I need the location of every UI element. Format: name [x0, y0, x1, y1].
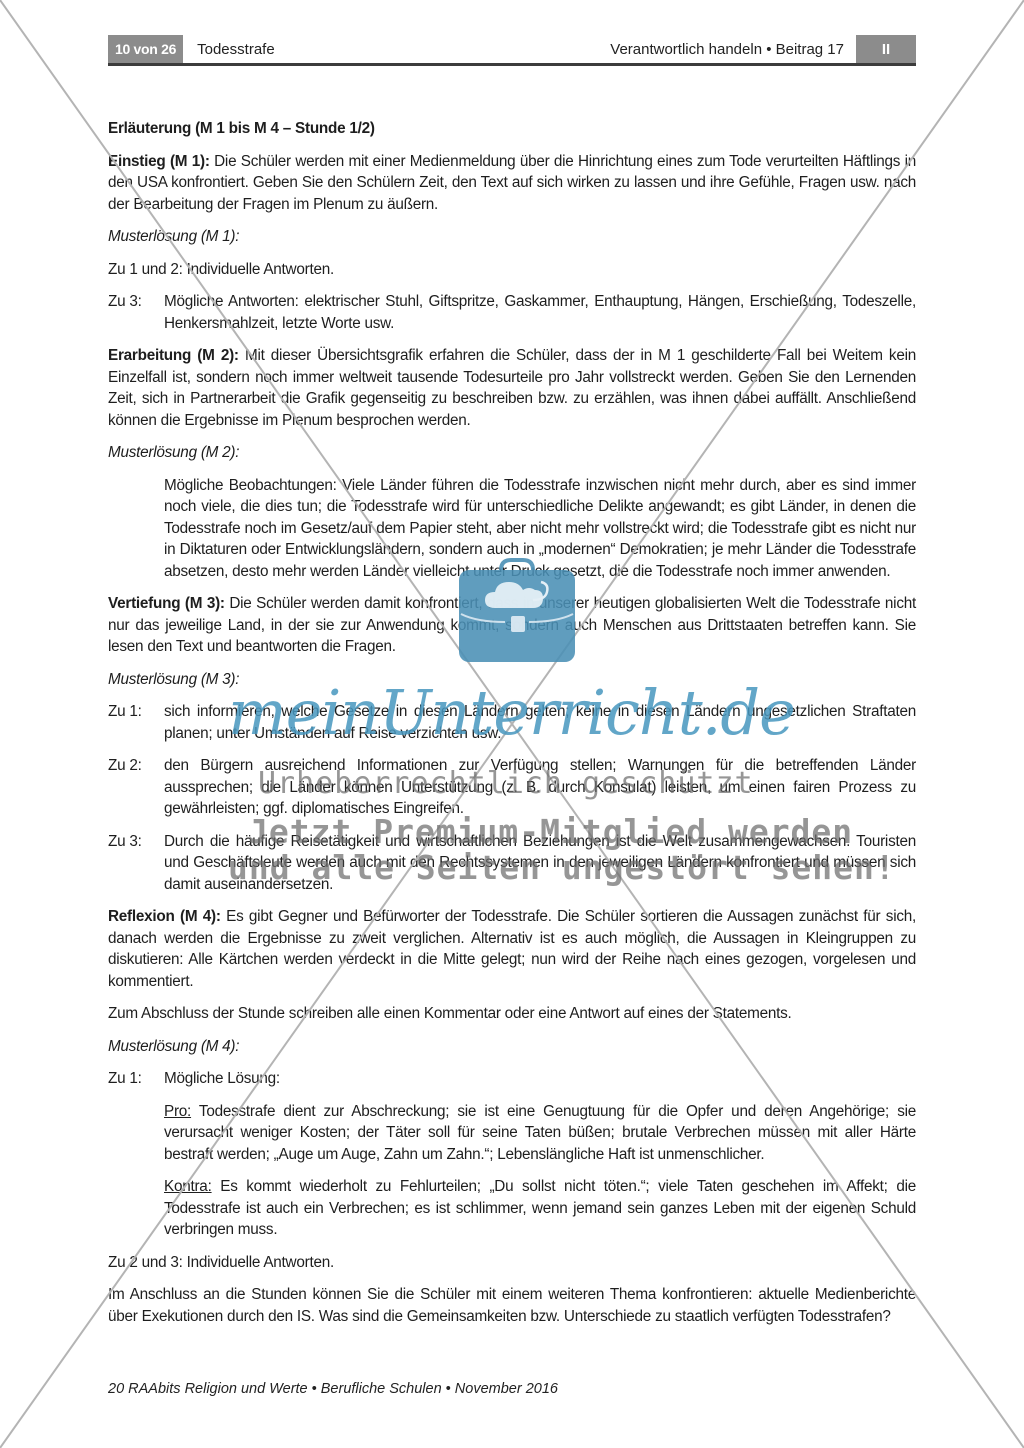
vertiefung-label: Vertiefung (M 3): — [108, 595, 225, 612]
item-text: sich informieren, welche Gesetze in dies… — [164, 701, 916, 744]
closing-paragraph: Im Anschluss an die Stunden können Sie d… — [108, 1284, 916, 1327]
m2-solution-text: Mögliche Beobachtungen: Viele Länder füh… — [164, 475, 916, 583]
erarbeitung-paragraph: Erarbeitung (M 2): Mit dieser Übersichts… — [108, 345, 916, 431]
einstieg-text: Die Schüler werden mit einer Medienmeldu… — [108, 153, 916, 213]
item-label: Zu 3: — [108, 291, 164, 334]
pro-label: Pro: — [164, 1103, 191, 1120]
contra-text: Es kommt wiederholt zu Fehlurteilen; „Du… — [164, 1178, 916, 1238]
item-text: den Bürgern ausreichend Informationen zu… — [164, 755, 916, 820]
m2-solution-heading: Musterlösung (M 2): — [108, 442, 916, 464]
reflexion-label: Reflexion (M 4): — [108, 908, 221, 925]
header-topic: Todesstrafe — [183, 35, 610, 63]
einstieg-label: Einstieg (M 1): — [108, 153, 210, 170]
m3-item-3: Zu 3: Durch die häufige Reisetätigkeit u… — [108, 831, 916, 896]
pro-text: Todesstrafe dient zur Abschreckung; sie … — [164, 1103, 916, 1163]
header-series: Verantwortlich handeln • Beitrag 17 — [610, 35, 856, 63]
item-text: Mögliche Antworten: elektrischer Stuhl, … — [164, 291, 916, 334]
m1-answer-1-2: Zu 1 und 2: Individuelle Antworten. — [108, 259, 916, 281]
m4-solution-heading: Musterlösung (M 4): — [108, 1036, 916, 1058]
item-text: Mögliche Lösung: — [164, 1068, 916, 1090]
m1-item-3: Zu 3: Mögliche Antworten: elektrischer S… — [108, 291, 916, 334]
vertiefung-paragraph: Vertiefung (M 3): Die Schüler werden dam… — [108, 593, 916, 658]
m4-item-1: Zu 1: Mögliche Lösung: — [108, 1068, 916, 1090]
page-header: 10 von 26 Todesstrafe Verantwortlich han… — [108, 35, 916, 66]
abschluss-paragraph: Zum Abschluss der Stunde schreiben alle … — [108, 1003, 916, 1025]
m4-answer-2-3: Zu 2 und 3: Individuelle Antworten. — [108, 1252, 916, 1274]
contra-paragraph: Kontra: Es kommt wiederholt zu Fehlurtei… — [164, 1176, 916, 1241]
section-title: Erläuterung (M 1 bis M 4 – Stunde 1/2) — [108, 118, 916, 140]
item-label: Zu 2: — [108, 755, 164, 820]
document-body: Erläuterung (M 1 bis M 4 – Stunde 1/2) E… — [108, 118, 916, 1338]
reflexion-text: Es gibt Gegner und Befürworter der Todes… — [108, 908, 916, 990]
einstieg-paragraph: Einstieg (M 1): Die Schüler werden mit e… — [108, 151, 916, 216]
item-label: Zu 1: — [108, 701, 164, 744]
page-number-badge: 10 von 26 — [108, 35, 183, 63]
m3-item-2: Zu 2: den Bürgern ausreichend Informatio… — [108, 755, 916, 820]
item-text: Durch die häufige Reisetätigkeit und wir… — [164, 831, 916, 896]
m1-solution-heading: Musterlösung (M 1): — [108, 226, 916, 248]
item-label: Zu 1: — [108, 1068, 164, 1090]
vertiefung-text: Die Schüler werden damit konfrontiert, d… — [108, 595, 916, 655]
erarbeitung-label: Erarbeitung (M 2): — [108, 347, 239, 364]
contra-label: Kontra: — [164, 1178, 212, 1195]
m3-solution-heading: Musterlösung (M 3): — [108, 669, 916, 691]
level-badge: II — [856, 35, 916, 63]
m3-item-1: Zu 1: sich informieren, welche Gesetze i… — [108, 701, 916, 744]
item-label: Zu 3: — [108, 831, 164, 896]
reflexion-paragraph: Reflexion (M 4): Es gibt Gegner und Befü… — [108, 906, 916, 992]
page-footer: 20 RAAbits Religion und Werte • Beruflic… — [108, 1381, 558, 1397]
pro-paragraph: Pro: Todesstrafe dient zur Abschreckung;… — [164, 1101, 916, 1166]
